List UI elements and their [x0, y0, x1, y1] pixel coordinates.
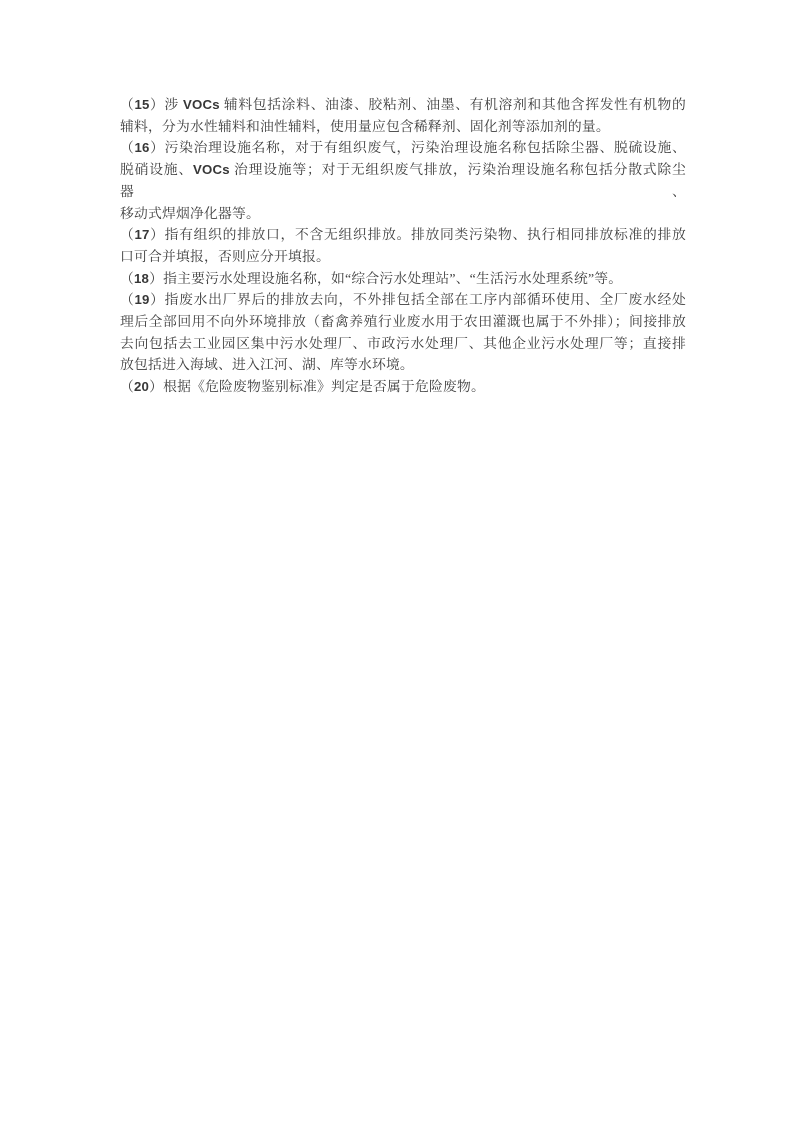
latin-text-segment: VOCs [183, 97, 220, 112]
cjk-text-segment: 去向包括去工业园区集中污水处理厂、市政污水处理厂、其他企业污水处理厂等；直接排 [120, 336, 686, 351]
cjk-text-segment: ）污染治理设施名称，对于有组织废气，污染治理设施名称包括除尘器、脱硫设施、 [150, 140, 686, 155]
text-line: 脱硝设施、VOCs 治理设施等；对于无组织废气排放，污染治理设施名称包括分散式除… [120, 159, 686, 202]
text-line: 去向包括去工业园区集中污水处理厂、市政污水处理厂、其他企业污水处理厂等；直接排 [120, 333, 686, 355]
cjk-text-segment: （ [120, 227, 135, 242]
text-line: （17）指有组织的排放口，不含无组织排放。排放同类污染物、执行相同排放标准的排放 [120, 224, 686, 246]
text-line: 理后全部回用不向外环境排放（畜禽养殖行业废水用于农田灌溉也属于不外排）；间接排放 [120, 311, 686, 333]
text-line: 移动式焊烟净化器等。 [120, 203, 686, 225]
cjk-text-segment: 口可合并填报，否则应分开填报。 [120, 249, 330, 264]
document-page: （15）涉 VOCs 辅料包括涂料、油漆、胶粘剂、油墨、有机溶剂和其他含挥发性有… [0, 0, 800, 1130]
notes-text-block: （15）涉 VOCs 辅料包括涂料、油漆、胶粘剂、油墨、有机溶剂和其他含挥发性有… [120, 94, 686, 398]
text-line: （15）涉 VOCs 辅料包括涂料、油漆、胶粘剂、油墨、有机溶剂和其他含挥发性有… [120, 94, 686, 116]
cjk-text-segment: ）根据《危险废物鉴别标准》判定是否属于危险废物。 [149, 379, 485, 394]
text-line: （18）指主要污水处理设施名称，如“综合污水处理站”、“生活污水处理系统”等。 [120, 268, 686, 290]
cjk-text-segment: ）指废水出厂界后的排放去向，不外排包括全部在工序内部循环使用、全厂废水经处 [150, 292, 686, 307]
latin-text-segment: 19 [135, 292, 150, 307]
cjk-text-segment: 放包括进入海域、进入江河、湖、库等水环境。 [120, 357, 414, 372]
latin-text-segment: 20 [134, 379, 149, 394]
text-line: （19）指废水出厂界后的排放去向，不外排包括全部在工序内部循环使用、全厂废水经处 [120, 289, 686, 311]
cjk-text-segment: ）指有组织的排放口，不含无组织排放。排放同类污染物、执行相同排放标准的排放 [150, 227, 686, 242]
latin-text-segment: 18 [134, 271, 149, 286]
cjk-text-segment: 脱硝设施、 [120, 162, 193, 177]
cjk-text-segment: ）涉 [150, 97, 183, 112]
text-line: （16）污染治理设施名称，对于有组织废气，污染治理设施名称包括除尘器、脱硫设施、 [120, 137, 686, 159]
latin-text-segment: VOCs [193, 162, 230, 177]
latin-text-segment: 17 [135, 227, 150, 242]
latin-text-segment: 16 [135, 140, 150, 155]
cjk-text-segment: （ [120, 292, 135, 307]
cjk-text-segment: ）指主要污水处理设施名称，如“综合污水处理站”、“生活污水处理系统”等。 [149, 271, 622, 286]
text-line: 放包括进入海域、进入江河、湖、库等水环境。 [120, 354, 686, 376]
cjk-text-segment: （ [120, 97, 134, 112]
text-line: 辅料，分为水性辅料和油性辅料，使用量应包含稀释剂、固化剂等添加剂的量。 [120, 116, 686, 138]
cjk-text-segment: 理后全部回用不向外环境排放（畜禽养殖行业废水用于农田灌溉也属于不外排）；间接排放 [120, 314, 686, 329]
cjk-text-segment: （ [120, 271, 134, 286]
cjk-text-segment: 辅料，分为水性辅料和油性辅料，使用量应包含稀释剂、固化剂等添加剂的量。 [120, 119, 610, 134]
cjk-text-segment: （ [120, 140, 135, 155]
cjk-text-segment: 移动式焊烟净化器等。 [120, 206, 260, 221]
latin-text-segment: 15 [134, 97, 149, 112]
cjk-text-segment: 辅料包括涂料、油漆、胶粘剂、油墨、有机溶剂和其他含挥发性有机物的 [220, 97, 686, 112]
text-line: 口可合并填报，否则应分开填报。 [120, 246, 686, 268]
cjk-text-segment: （ [120, 379, 134, 394]
text-line: （20）根据《危险废物鉴别标准》判定是否属于危险废物。 [120, 376, 686, 398]
